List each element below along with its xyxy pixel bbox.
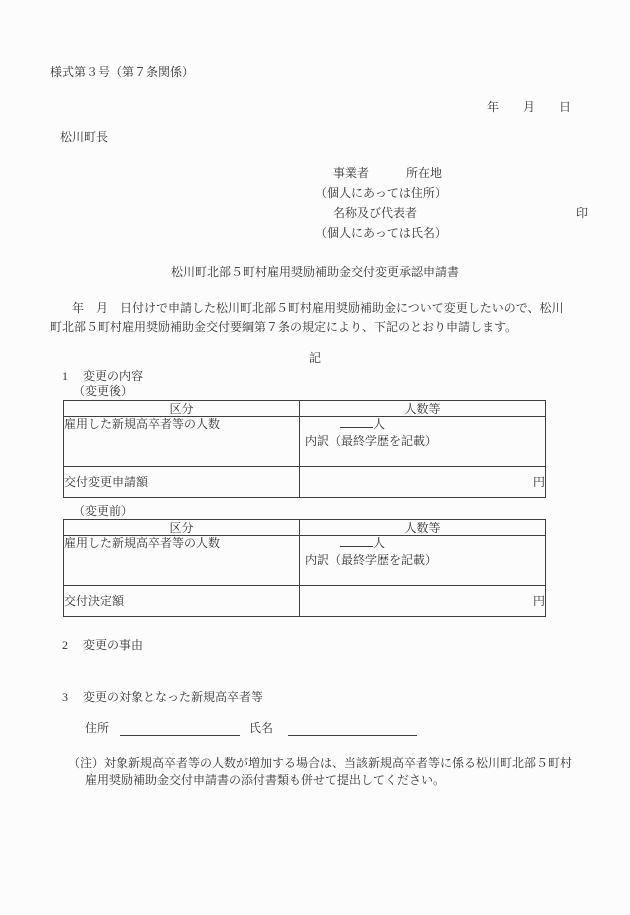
count-fill-line [340,417,373,428]
record-mark: 記 [0,352,630,365]
row-value-hires: 人 内訳（最終学歴を記載） [300,536,546,586]
addressee: 松川町長 [60,131,108,144]
header-cell-count: 人数等 [300,520,546,536]
row-value-hires: 人 内訳（最終学歴を記載） [300,417,546,467]
applicant-role-line: 事業者所在地 [333,167,442,180]
table-caption-after: （変更後） [73,385,133,398]
row-label-hires: 雇用した新規高卒者等の人数 [64,417,300,467]
date-month-label: 月 [523,100,535,114]
table-header-row: 区分 人数等 [64,520,546,536]
name-field-label: 氏名 [249,722,273,735]
applicant-address-label: 所在地 [406,166,442,180]
amount-unit-label: 円 [300,467,546,498]
header-cell-count: 人数等 [300,401,546,417]
table-row: 交付変更申請額 円 [64,467,546,498]
section-3-number: 3 [62,691,68,704]
note-line-2: 雇用奨励補助金交付申請書の添付書類も併せて提出してください。 [85,774,445,787]
applicant-name-label: 名称及び代表者 [333,207,417,220]
header-cell-category: 区分 [64,520,300,536]
section-2-number: 2 [62,639,68,652]
applicant-role-label: 事業者 [333,166,369,180]
table-change-before: 区分 人数等 雇用した新規高卒者等の人数 人 内訳（最終学歴を記載） 交付決定額… [63,519,546,617]
count-unit-label: 人 [373,536,385,550]
section-2-heading: 2変更の事由 [62,639,143,652]
body-paragraph-line-2: 町北部５町村雇用奨励補助金交付要綱第７条の規定により、下記のとおり申請します。 [50,321,517,334]
row-label-amount: 交付決定額 [64,586,300,617]
header-cell-category: 区分 [64,401,300,417]
row-label-hires: 雇用した新規高卒者等の人数 [64,536,300,586]
row-label-amount: 交付変更申請額 [64,467,300,498]
section-1-label: 変更の内容 [83,370,143,383]
address-fill-line [120,722,240,736]
document-page: 様式第３号（第７条関係） 年月日 松川町長 事業者所在地 （個人にあっては住所）… [0,0,630,915]
date-year-label: 年 [487,100,499,114]
table-row: 雇用した新規高卒者等の人数 人 内訳（最終学歴を記載） [64,417,546,467]
amount-unit-label: 円 [300,586,546,617]
count-fill-line [340,536,373,547]
section-3-heading: 3変更の対象となった新規高卒者等 [62,691,263,704]
table-caption-before: （変更前） [73,505,133,518]
note-line-1: （注）対象新規高卒者等の人数が増加する場合は、当該新規高卒者等に係る松川町北部５… [68,757,572,770]
date-line: 年月日 [487,101,571,114]
applicant-address-note: （個人にあっては住所） [315,187,447,200]
name-fill-line [288,722,417,736]
applicant-name-note: （個人にあっては氏名） [315,227,447,240]
table-change-after: 区分 人数等 雇用した新規高卒者等の人数 人 内訳（最終学歴を記載） 交付変更申… [63,400,546,498]
table-header-row: 区分 人数等 [64,401,546,417]
body-paragraph-line-1: 年 月 日付けで申請した松川町北部５町村雇用奨励補助金について変更したいので、松… [72,302,564,315]
section-1-number: 1 [62,370,68,383]
section-1-heading: 1変更の内容 [62,370,143,383]
address-field-label: 住所 [85,722,109,735]
count-unit-label: 人 [373,417,385,431]
seal-mark: 印 [576,207,588,220]
document-title: 松川町北部５町村雇用奨励補助金交付変更承認申請書 [0,266,630,279]
date-day-label: 日 [559,100,571,114]
form-number: 様式第３号（第７条関係） [50,66,194,79]
table-row: 雇用した新規高卒者等の人数 人 内訳（最終学歴を記載） [64,536,546,586]
count-detail-label: 内訳（最終学歴を記載） [305,553,545,567]
section-3-label: 変更の対象となった新規高卒者等 [83,691,263,704]
count-detail-label: 内訳（最終学歴を記載） [305,434,545,448]
section-2-label: 変更の事由 [83,639,143,652]
table-row: 交付決定額 円 [64,586,546,617]
